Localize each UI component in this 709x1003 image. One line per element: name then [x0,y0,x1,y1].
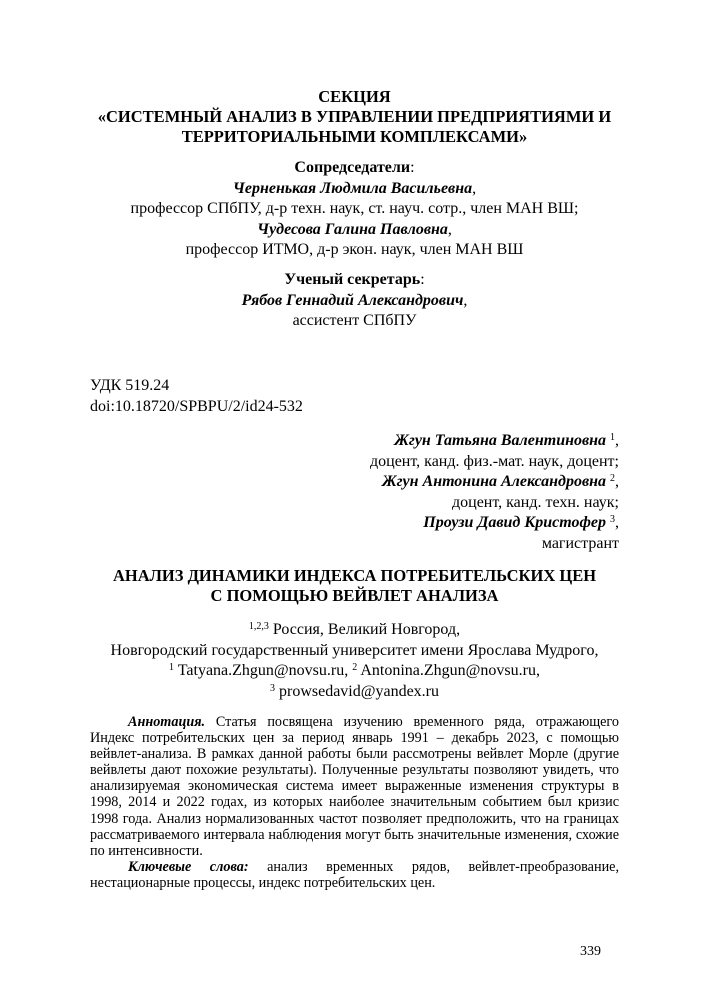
abstract-paragraph: Аннотация. Статья посвящена изучению вре… [90,714,619,859]
secretary-details: ассистент СПбПУ [90,311,619,332]
secretary-heading: Ученый секретарь [284,271,420,288]
secretary-block: Ученый секретарь: Рябов Геннадий Алексан… [90,270,619,332]
section-title-line2: ТЕРРИТОРИАЛЬНЫМИ КОМПЛЕКСАМИ» [90,127,619,147]
doi-link[interactable]: doi:10.18720/SPBPU/2/id24-532 [90,397,619,418]
email-sup-1: 1 [169,662,174,673]
email-sup-2: 2 [352,662,357,673]
secretary-name: Рябов Геннадий Александрович [242,292,464,309]
authors-block: Жгун Татьяна Валентиновна 1, доцент, кан… [90,431,619,554]
author-details-3: магистрант [90,534,619,555]
author-sup-1: 1 [610,432,615,443]
email-2[interactable]: Antonina.Zhgun@novsu.ru, [360,662,540,679]
email-sup-3: 3 [270,683,275,694]
keywords-label: Ключевые слова: [128,859,249,875]
author-details-1: доцент, канд. физ.-мат. наук, доцент; [90,452,619,473]
email-1[interactable]: Tatyana.Zhgun@novsu.ru, [178,662,348,679]
cochairs-heading: Сопредседатели [294,159,410,176]
author-name-1: Жгун Татьяна Валентиновна [394,432,606,449]
author-name-3: Проузи Давид Кристофер [423,514,606,531]
author-details-2: доцент, канд. техн. наук; [90,493,619,514]
section-title-line1: «СИСТЕМНЫЙ АНАЛИЗ В УПРАВЛЕНИИ ПРЕДПРИЯТ… [90,107,619,127]
section-label: СЕКЦИЯ [90,87,619,107]
abstract-label: Аннотация. [128,714,205,730]
author-sup-3: 3 [610,514,615,525]
article-meta: УДК 519.24 doi:10.18720/SPBPU/2/id24-532 [90,376,619,417]
section-header: СЕКЦИЯ «СИСТЕМНЫЙ АНАЛИЗ В УПРАВЛЕНИИ ПР… [90,87,619,147]
affiliation-block: 1,2,3 Россия, Великий Новгород, Новгород… [90,620,619,702]
document-page: СЕКЦИЯ «СИСТЕМНЫЙ АНАЛИЗ В УПРАВЛЕНИИ ПР… [0,0,709,1003]
affiliation-location: Россия, Великий Новгород, [273,621,460,638]
affiliation-sup: 1,2,3 [249,621,269,632]
abstract-block: Аннотация. Статья посвящена изучению вре… [90,714,619,891]
cochairs-block: Сопредседатели: Черненькая Людмила Васил… [90,158,619,261]
udk-code: УДК 519.24 [90,376,619,397]
keywords-paragraph: Ключевые слова: анализ временных рядов, … [90,859,619,891]
author-name-2: Жгун Антонина Александровна [382,473,606,490]
paper-title-line1: АНАЛИЗ ДИНАМИКИ ИНДЕКСА ПОТРЕБИТЕЛЬСКИХ … [90,566,619,586]
cochair-details-1: профессор СПбПУ, д-р техн. наук, ст. нау… [90,199,619,220]
paper-title: АНАЛИЗ ДИНАМИКИ ИНДЕКСА ПОТРЕБИТЕЛЬСКИХ … [90,566,619,606]
cochair-name-1: Черненькая Людмила Васильевна [233,180,472,197]
affiliation-university: Новгородский государственный университет… [90,641,619,662]
paper-title-line2: С ПОМОЩЬЮ ВЕЙВЛЕТ АНАЛИЗА [90,586,619,606]
cochair-name-2: Чудесова Галина Павловна [257,221,448,238]
email-3[interactable]: prowsedavid@yandex.ru [279,683,439,700]
abstract-text: Статья посвящена изучению временного ряд… [90,714,619,859]
cochair-details-2: профессор ИТМО, д-р экон. наук, член МАН… [90,240,619,261]
page-number: 339 [580,944,601,960]
author-sup-2: 2 [610,473,615,484]
